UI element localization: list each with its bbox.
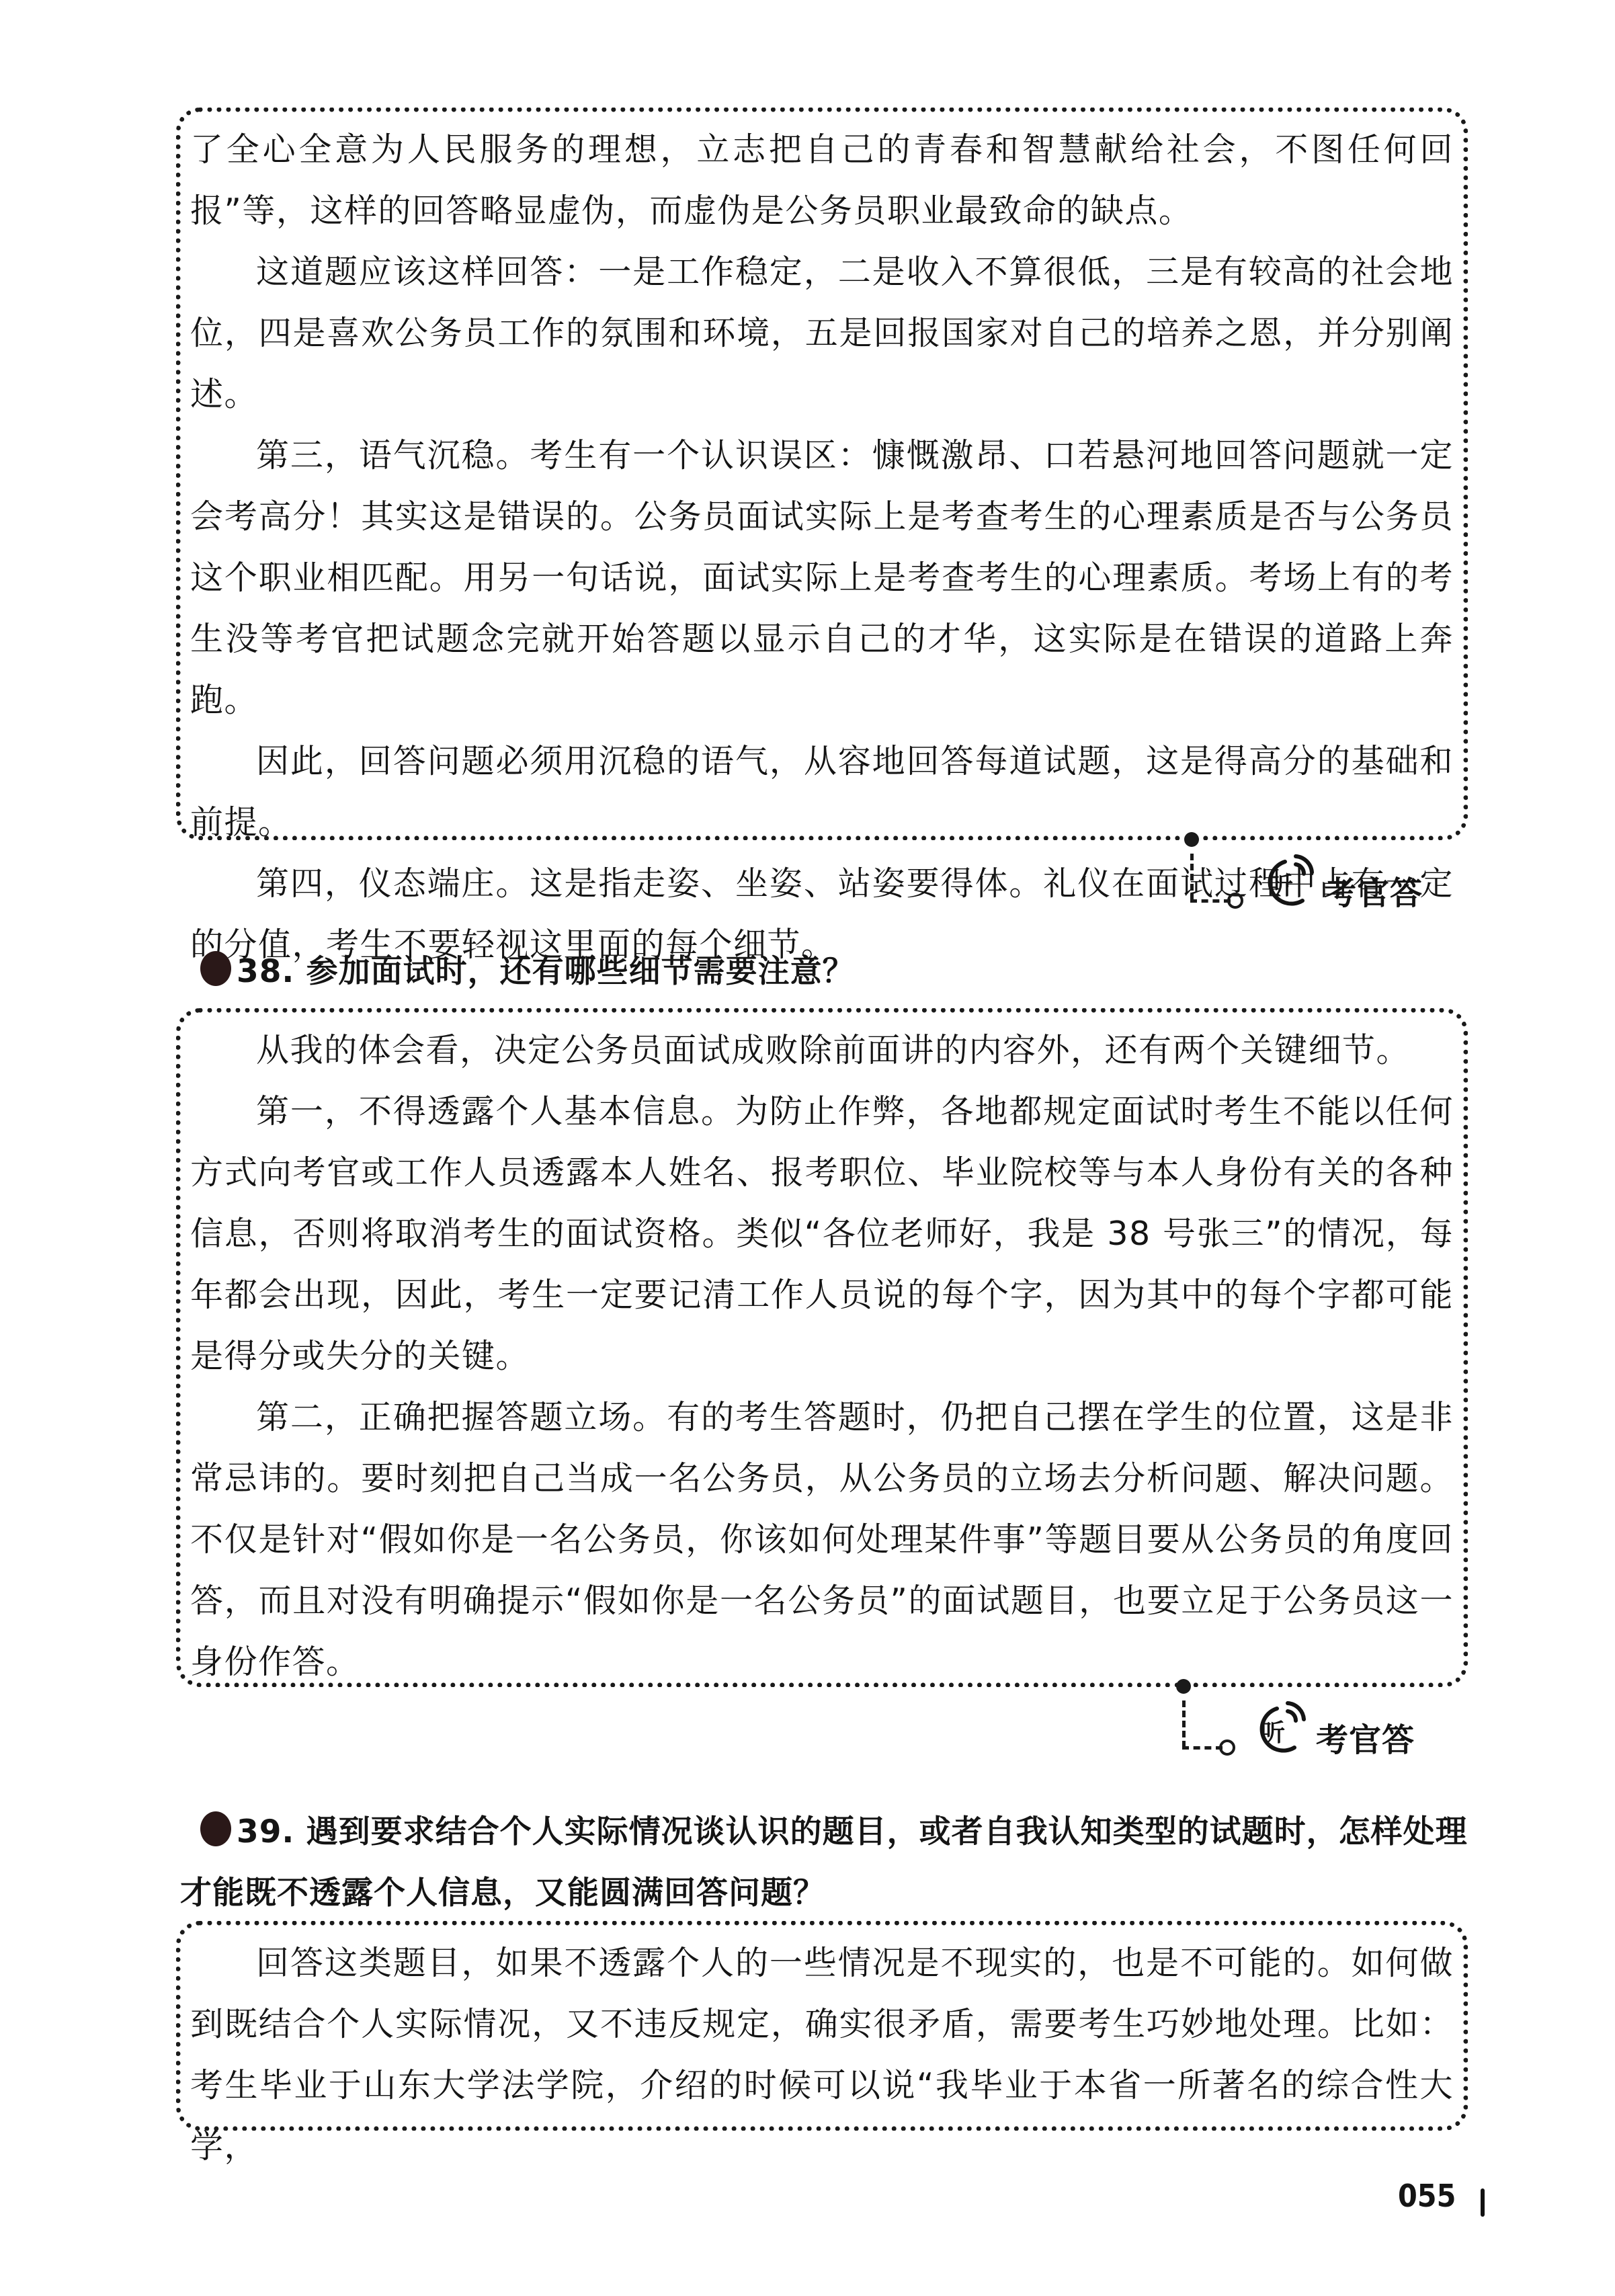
answer-box-38: 从我的体会看，决定公务员面试成败除前面讲的内容外，还有两个关键细节。 第一，不得… <box>176 1008 1468 1687</box>
paragraph: 第一，不得透露个人基本信息。为防止作弊，各地都规定面试时考生不能以任何方式向考官… <box>190 1081 1454 1387</box>
svg-text:听: 听 <box>1261 1719 1285 1747</box>
paragraph: 了全心全意为人民服务的理想，立志把自己的青春和智慧献给社会，不图任何回报”等，这… <box>190 119 1454 241</box>
paragraph: 从我的体会看，决定公务员面试成败除前面讲的内容外，还有两个关键细节。 <box>190 1020 1454 1081</box>
page-number: 055 <box>1398 2178 1456 2214</box>
question-title: 38. 参加面试时，还有哪些细节需要注意？ <box>200 941 1471 1002</box>
listen-label: 考官答 <box>1316 1714 1415 1760</box>
answer-box-continued: 了全心全意为人民服务的理想，立志把自己的青春和智慧献给社会，不图任何回报”等，这… <box>176 108 1468 840</box>
svg-text:听: 听 <box>1269 872 1293 900</box>
paragraph: 第二，正确把握答题立场。有的考生答题时，仍把自己摆在学生的位置，这是非常忌讳的。… <box>190 1387 1454 1692</box>
connector-ring <box>1219 1739 1235 1756</box>
connector-dot <box>1176 1679 1191 1694</box>
bullet-icon <box>200 1811 231 1846</box>
listen-examiner-answer-link[interactable]: 听 考官答 <box>1184 840 1466 914</box>
page-edge-marker <box>1481 2188 1485 2217</box>
listen-label: 考官答 <box>1324 867 1423 913</box>
connector-line <box>1182 1700 1186 1748</box>
connector-ring <box>1227 893 1243 909</box>
bullet-icon <box>200 951 231 986</box>
paragraph: 因此，回答问题必须用沉稳的语气，从容地回答每道试题，这是得高分的基础和前提。 <box>190 731 1454 853</box>
paragraph: 这道题应该这样回答：一是工作稳定，二是收入不算很低，三是有较高的社会地位，四是喜… <box>190 241 1454 425</box>
connector-line <box>1182 1746 1223 1750</box>
connector-line <box>1190 899 1231 903</box>
listen-examiner-answer-link[interactable]: 听 考官答 <box>1176 1687 1458 1761</box>
listen-audio-icon: 听 <box>1258 854 1316 911</box>
question-39-title: 39. 遇到要求结合个人实际情况谈认识的题目，或者自我认知类型的试题时，怎样处理… <box>180 1813 1468 1912</box>
connector-dot <box>1184 832 1199 847</box>
connector-line <box>1190 854 1194 901</box>
question-38-title: 38. 参加面试时，还有哪些细节需要注意？ <box>237 953 855 990</box>
paragraph: 回答这类题目，如果不透露个人的一些情况是不现实的，也是不可能的。如何做到既结合个… <box>190 1932 1454 2177</box>
answer-box-39: 回答这类题目，如果不透露个人的一些情况是不现实的，也是不可能的。如何做到既结合个… <box>176 1921 1468 2131</box>
paragraph: 第三，语气沉稳。考生有一个认识误区：慷慨激昂、口若悬河地回答问题就一定会考高分！… <box>190 425 1454 731</box>
question-title: 39. 遇到要求结合个人实际情况谈认识的题目，或者自我认知类型的试题时，怎样处理… <box>180 1801 1471 1924</box>
listen-audio-icon: 听 <box>1250 1700 1308 1758</box>
